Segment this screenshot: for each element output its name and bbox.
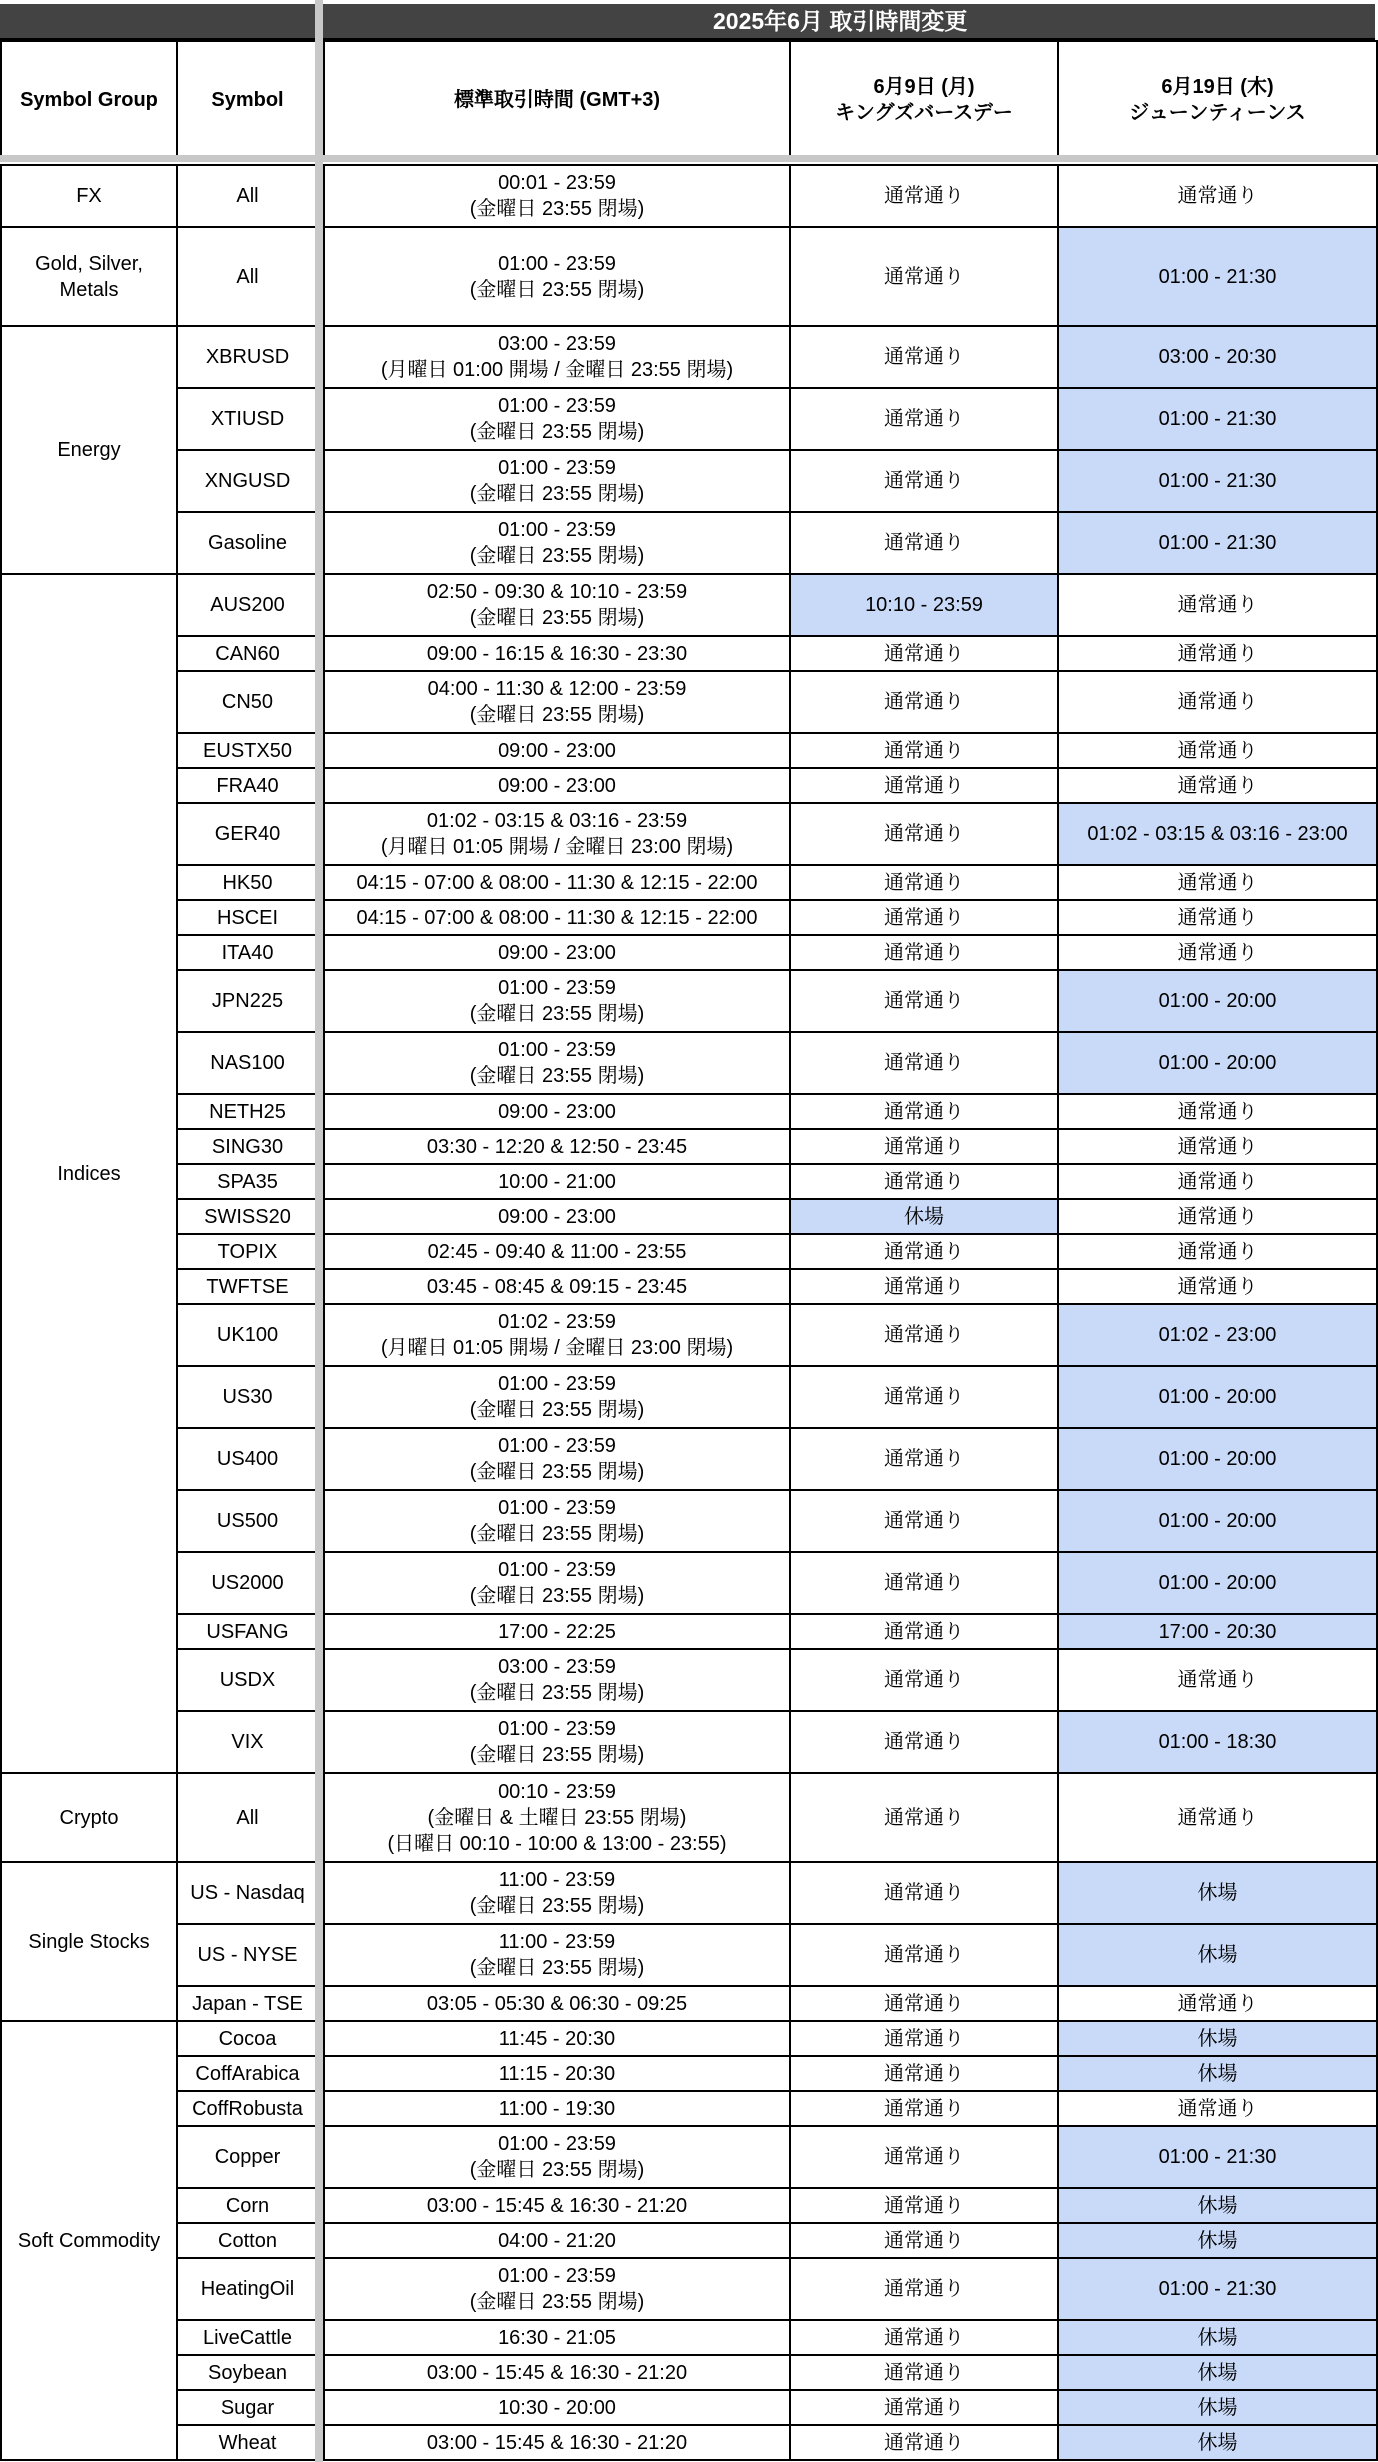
standard-hours-cell: 00:10 - 23:59(金曜日 & 土曜日 23:55 閉場)(日曜日 00… (324, 1773, 790, 1862)
jun9-hours-cell: 通常通り (790, 1234, 1058, 1269)
jun9-hours-cell: 通常通り (790, 227, 1058, 326)
jun19-hours-cell: 休場 (1058, 2021, 1377, 2056)
jun9-hours-cell: 通常通り (790, 1862, 1058, 1924)
jun9-hours-cell: 通常通り (790, 1711, 1058, 1773)
symbol-cell: Soybean (177, 2355, 318, 2390)
table-row: 03:00 - 23:59(金曜日 23:55 閉場)通常通り通常通り (324, 1649, 1377, 1711)
standard-hours-cell: 01:00 - 23:59(金曜日 23:55 閉場) (324, 227, 790, 326)
standard-hours-cell: 03:00 - 15:45 & 16:30 - 21:20 (324, 2188, 790, 2223)
standard-hours-cell: 03:00 - 23:59(金曜日 23:55 閉場) (324, 1649, 790, 1711)
jun9-hours-cell: 10:10 - 23:59 (790, 574, 1058, 636)
table-row: 10:00 - 21:00通常通り通常通り (324, 1164, 1377, 1199)
jun19-hours-cell: 17:00 - 20:30 (1058, 1614, 1377, 1649)
table-row: 01:00 - 23:59(金曜日 23:55 閉場)通常通り01:00 - 2… (324, 2126, 1377, 2188)
table-row: EnergyXBRUSD (1, 326, 318, 388)
jun19-hours-cell: 休場 (1058, 2223, 1377, 2258)
table-row: 01:00 - 23:59(金曜日 23:55 閉場)通常通り01:00 - 2… (324, 450, 1377, 512)
table-row: 01:00 - 23:59(金曜日 23:55 閉場)通常通り01:00 - 2… (324, 1552, 1377, 1614)
jun19-hours-cell: 休場 (1058, 2390, 1377, 2425)
jun19-hours-cell: 通常通り (1058, 1199, 1377, 1234)
table-row: 17:00 - 22:25通常通り17:00 - 20:30 (324, 1614, 1377, 1649)
jun9-hours-cell: 通常通り (790, 803, 1058, 865)
jun9-hours-cell: 通常通り (790, 2126, 1058, 2188)
jun19-hours-cell: 01:00 - 18:30 (1058, 1711, 1377, 1773)
symbol-cell: Japan - TSE (177, 1986, 318, 2021)
table-row: 01:00 - 23:59(金曜日 23:55 閉場)通常通り01:00 - 2… (324, 388, 1377, 450)
jun9-hours-cell: 通常通り (790, 2056, 1058, 2091)
trading-hours-sheet: 2025年6月 取引時間変更 Symbol Group Symbol FXAll… (0, 0, 1378, 2462)
jun19-hours-cell: 通常通り (1058, 900, 1377, 935)
jun9-hours-cell: 通常通り (790, 671, 1058, 733)
symbol-cell: VIX (177, 1711, 318, 1773)
table-row: 11:00 - 19:30通常通り通常通り (324, 2091, 1377, 2126)
table-row: 03:05 - 05:30 & 06:30 - 09:25通常通り通常通り (324, 1986, 1377, 2021)
jun19-hours-cell: 通常通り (1058, 671, 1377, 733)
jun19-hours-cell: 01:02 - 23:00 (1058, 1304, 1377, 1366)
jun19-hours-cell: 03:00 - 20:30 (1058, 326, 1377, 388)
jun19-hours-cell: 01:00 - 20:00 (1058, 1032, 1377, 1094)
standard-hours-cell: 09:00 - 23:00 (324, 935, 790, 970)
symbol-cell: Cotton (177, 2223, 318, 2258)
table-row: 09:00 - 23:00休場通常通り (324, 1199, 1377, 1234)
symbol-cell: US30 (177, 1366, 318, 1428)
symbol-cell: US400 (177, 1428, 318, 1490)
table-row: 00:10 - 23:59(金曜日 & 土曜日 23:55 閉場)(日曜日 00… (324, 1773, 1377, 1862)
jun9-hours-cell: 通常通り (790, 1490, 1058, 1552)
standard-hours-cell: 02:45 - 09:40 & 11:00 - 23:55 (324, 1234, 790, 1269)
standard-hours-cell: 01:00 - 23:59(金曜日 23:55 閉場) (324, 1366, 790, 1428)
standard-hours-cell: 11:00 - 23:59(金曜日 23:55 閉場) (324, 1924, 790, 1986)
symbol-group-cell: FX (1, 165, 177, 227)
jun9-hours-cell: 通常通り (790, 1366, 1058, 1428)
table-row: 01:00 - 23:59(金曜日 23:55 閉場)通常通り01:00 - 2… (324, 1366, 1377, 1428)
standard-hours-cell: 01:02 - 03:15 & 03:16 - 23:59(月曜日 01:05 … (324, 803, 790, 865)
jun19-hours-cell: 通常通り (1058, 1773, 1377, 1862)
symbol-cell: SING30 (177, 1129, 318, 1164)
table-row: 09:00 - 16:15 & 16:30 - 23:30通常通り通常通り (324, 636, 1377, 671)
table-row: 01:00 - 23:59(金曜日 23:55 閉場)通常通り01:00 - 2… (324, 1490, 1377, 1552)
jun9-hours-cell: 通常通り (790, 1773, 1058, 1862)
jun9-hours-cell: 通常通り (790, 2425, 1058, 2460)
table-row: 01:00 - 23:59(金曜日 23:55 閉場)通常通り01:00 - 2… (324, 2258, 1377, 2320)
table-row: 09:00 - 23:00通常通り通常通り (324, 768, 1377, 803)
symbol-group-cell: Indices (1, 574, 177, 1773)
standard-hours-cell: 17:00 - 22:25 (324, 1614, 790, 1649)
standard-hours-cell: 01:00 - 23:59(金曜日 23:55 閉場) (324, 1032, 790, 1094)
jun9-hours-cell: 通常通り (790, 1924, 1058, 1986)
jun19-hours-cell: 通常通り (1058, 1269, 1377, 1304)
symbol-cell: CAN60 (177, 636, 318, 671)
symbol-cell: All (177, 227, 318, 326)
table-row: 11:00 - 23:59(金曜日 23:55 閉場)通常通り休場 (324, 1862, 1377, 1924)
table-row: 11:00 - 23:59(金曜日 23:55 閉場)通常通り休場 (324, 1924, 1377, 1986)
header-row-left: Symbol Group Symbol (1, 41, 318, 158)
jun19-hours-cell: 01:00 - 20:00 (1058, 1552, 1377, 1614)
symbol-cell: USDX (177, 1649, 318, 1711)
jun9-hours-cell: 通常通り (790, 2091, 1058, 2126)
header-jun9: 6月9日 (月) キングズバースデー (790, 41, 1058, 158)
frozen-column-divider[interactable] (315, 0, 323, 2462)
standard-hours-cell: 01:00 - 23:59(金曜日 23:55 閉場) (324, 2126, 790, 2188)
symbol-cell: LiveCattle (177, 2320, 318, 2355)
jun19-hours-cell: 通常通り (1058, 636, 1377, 671)
symbol-cell: AUS200 (177, 574, 318, 636)
table-row: 03:00 - 23:59(月曜日 01:00 開場 / 金曜日 23:55 閉… (324, 326, 1377, 388)
header-symbol: Symbol (177, 41, 318, 158)
symbol-cell: EUSTX50 (177, 733, 318, 768)
symbol-cell: US2000 (177, 1552, 318, 1614)
jun19-hours-cell: 01:00 - 20:00 (1058, 1490, 1377, 1552)
standard-hours-cell: 11:00 - 23:59(金曜日 23:55 閉場) (324, 1862, 790, 1924)
jun9-hours-cell: 通常通り (790, 733, 1058, 768)
standard-hours-cell: 09:00 - 23:00 (324, 733, 790, 768)
symbol-cell: XBRUSD (177, 326, 318, 388)
jun19-hours-cell: 休場 (1058, 1924, 1377, 1986)
jun19-hours-cell: 通常通り (1058, 865, 1377, 900)
standard-hours-cell: 03:30 - 12:20 & 12:50 - 23:45 (324, 1129, 790, 1164)
standard-hours-cell: 11:45 - 20:30 (324, 2021, 790, 2056)
jun19-hours-cell: 01:00 - 20:00 (1058, 970, 1377, 1032)
symbol-cell: USFANG (177, 1614, 318, 1649)
jun9-hours-cell: 通常通り (790, 1164, 1058, 1199)
symbol-cell: Cocoa (177, 2021, 318, 2056)
standard-hours-cell: 10:30 - 20:00 (324, 2390, 790, 2425)
jun19-hours-cell: 01:00 - 21:30 (1058, 512, 1377, 574)
jun19-hours-cell: 通常通り (1058, 2091, 1377, 2126)
jun19-hours-cell: 通常通り (1058, 1164, 1377, 1199)
jun9-hours-cell: 通常通り (790, 1269, 1058, 1304)
title-bar-left (0, 4, 315, 40)
jun9-hours-cell: 通常通り (790, 1649, 1058, 1711)
standard-hours-cell: 01:00 - 23:59(金曜日 23:55 閉場) (324, 1552, 790, 1614)
header-standard-hours: 標準取引時間 (GMT+3) (324, 41, 790, 158)
jun9-hours-cell: 通常通り (790, 2021, 1058, 2056)
jun9-hours-cell: 通常通り (790, 450, 1058, 512)
jun9-hours-cell: 通常通り (790, 935, 1058, 970)
standard-hours-cell: 04:15 - 07:00 & 08:00 - 11:30 & 12:15 - … (324, 900, 790, 935)
standard-hours-cell: 01:00 - 23:59(金曜日 23:55 閉場) (324, 970, 790, 1032)
jun19-hours-cell: 休場 (1058, 2320, 1377, 2355)
table-row: 09:00 - 23:00通常通り通常通り (324, 733, 1377, 768)
standard-hours-cell: 11:15 - 20:30 (324, 2056, 790, 2091)
frozen-row-divider[interactable] (0, 155, 1378, 162)
header-symbol-group: Symbol Group (1, 41, 177, 158)
jun19-hours-cell: 通常通り (1058, 1986, 1377, 2021)
jun19-hours-cell: 通常通り (1058, 733, 1377, 768)
standard-hours-cell: 01:00 - 23:59(金曜日 23:55 閉場) (324, 388, 790, 450)
jun9-hours-cell: 通常通り (790, 326, 1058, 388)
symbol-cell: HSCEI (177, 900, 318, 935)
jun9-hours-cell: 通常通り (790, 1129, 1058, 1164)
table-row: 03:00 - 15:45 & 16:30 - 21:20通常通り休場 (324, 2355, 1377, 2390)
table-row: 09:00 - 23:00通常通り通常通り (324, 1094, 1377, 1129)
standard-hours-cell: 03:45 - 08:45 & 09:15 - 23:45 (324, 1269, 790, 1304)
jun9-hours-cell: 通常通り (790, 388, 1058, 450)
table-row: 03:45 - 08:45 & 09:15 - 23:45通常通り通常通り (324, 1269, 1377, 1304)
table-row: 11:15 - 20:30通常通り休場 (324, 2056, 1377, 2091)
table-row: 02:50 - 09:30 & 10:10 - 23:59(金曜日 23:55 … (324, 574, 1377, 636)
symbol-cell: NAS100 (177, 1032, 318, 1094)
table-row: 01:00 - 23:59(金曜日 23:55 閉場)通常通り01:00 - 2… (324, 512, 1377, 574)
symbol-cell: CN50 (177, 671, 318, 733)
jun19-hours-cell: 休場 (1058, 2188, 1377, 2223)
symbol-cell: XTIUSD (177, 388, 318, 450)
jun19-hours-cell: 01:00 - 21:30 (1058, 2126, 1377, 2188)
table-row: Gold, Silver,MetalsAll (1, 227, 318, 326)
standard-hours-cell: 01:00 - 23:59(金曜日 23:55 閉場) (324, 1428, 790, 1490)
jun9-hours-cell: 休場 (790, 1199, 1058, 1234)
table-row: 01:00 - 23:59(金曜日 23:55 閉場)通常通り01:00 - 2… (324, 1428, 1377, 1490)
symbol-cell: Corn (177, 2188, 318, 2223)
symbol-cell: HeatingOil (177, 2258, 318, 2320)
table-row: 04:00 - 21:20通常通り休場 (324, 2223, 1377, 2258)
standard-hours-cell: 10:00 - 21:00 (324, 1164, 790, 1199)
table-row: CryptoAll (1, 1773, 318, 1862)
jun9-hours-cell: 通常通り (790, 1986, 1058, 2021)
table-row: 02:45 - 09:40 & 11:00 - 23:55通常通り通常通り (324, 1234, 1377, 1269)
standard-hours-cell: 16:30 - 21:05 (324, 2320, 790, 2355)
jun9-hours-cell: 通常通り (790, 2320, 1058, 2355)
table-row: 00:01 - 23:59(金曜日 23:55 閉場)通常通り通常通り (324, 165, 1377, 227)
jun19-hours-cell: 01:00 - 21:30 (1058, 388, 1377, 450)
symbol-cell: ITA40 (177, 935, 318, 970)
symbol-cell: GER40 (177, 803, 318, 865)
standard-hours-cell: 01:00 - 23:59(金曜日 23:55 閉場) (324, 1711, 790, 1773)
standard-hours-cell: 04:00 - 11:30 & 12:00 - 23:59(金曜日 23:55 … (324, 671, 790, 733)
symbol-cell: Wheat (177, 2425, 318, 2460)
table-row: 10:30 - 20:00通常通り休場 (324, 2390, 1377, 2425)
jun19-hours-cell: 休場 (1058, 2355, 1377, 2390)
table-row: Single StocksUS - Nasdaq (1, 1862, 318, 1924)
symbol-cell: HK50 (177, 865, 318, 900)
jun9-hours-cell: 通常通り (790, 970, 1058, 1032)
table-row: 01:00 - 23:59(金曜日 23:55 閉場)通常通り01:00 - 2… (324, 227, 1377, 326)
symbol-group-cell: Soft Commodity (1, 2021, 177, 2460)
symbol-cell: FRA40 (177, 768, 318, 803)
table-row: 03:00 - 15:45 & 16:30 - 21:20通常通り休場 (324, 2188, 1377, 2223)
table-row: 03:00 - 15:45 & 16:30 - 21:20通常通り休場 (324, 2425, 1377, 2460)
standard-hours-cell: 09:00 - 16:15 & 16:30 - 23:30 (324, 636, 790, 671)
symbol-cell: JPN225 (177, 970, 318, 1032)
symbol-group-cell: Energy (1, 326, 177, 574)
jun9-hours-cell: 通常通り (790, 2258, 1058, 2320)
symbol-group-cell: Crypto (1, 1773, 177, 1862)
jun19-hours-cell: 休場 (1058, 2056, 1377, 2091)
symbol-cell: US500 (177, 1490, 318, 1552)
standard-hours-cell: 01:00 - 23:59(金曜日 23:55 閉場) (324, 2258, 790, 2320)
table-row: 01:00 - 23:59(金曜日 23:55 閉場)通常通り01:00 - 2… (324, 970, 1377, 1032)
symbol-cell: Gasoline (177, 512, 318, 574)
jun9-hours-cell: 通常通り (790, 1552, 1058, 1614)
standard-hours-cell: 02:50 - 09:30 & 10:10 - 23:59(金曜日 23:55 … (324, 574, 790, 636)
symbol-cell: UK100 (177, 1304, 318, 1366)
standard-hours-cell: 03:00 - 15:45 & 16:30 - 21:20 (324, 2355, 790, 2390)
jun19-hours-cell: 通常通り (1058, 165, 1377, 227)
jun19-hours-cell: 通常通り (1058, 574, 1377, 636)
jun9-hours-cell: 通常通り (790, 1094, 1058, 1129)
jun9-hours-cell: 通常通り (790, 1032, 1058, 1094)
jun19-hours-cell: 通常通り (1058, 935, 1377, 970)
table-row: 04:15 - 07:00 & 08:00 - 11:30 & 12:15 - … (324, 900, 1377, 935)
table-row: 04:00 - 11:30 & 12:00 - 23:59(金曜日 23:55 … (324, 671, 1377, 733)
symbol-cell: All (177, 1773, 318, 1862)
jun19-hours-cell: 通常通り (1058, 1094, 1377, 1129)
jun9-hours-cell: 通常通り (790, 1614, 1058, 1649)
symbol-cell: CoffRobusta (177, 2091, 318, 2126)
jun9-hours-cell: 通常通り (790, 2355, 1058, 2390)
table-row: IndicesAUS200 (1, 574, 318, 636)
jun9-hours-cell: 通常通り (790, 2223, 1058, 2258)
jun19-hours-cell: 01:00 - 20:00 (1058, 1366, 1377, 1428)
jun9-hours-cell: 通常通り (790, 865, 1058, 900)
standard-hours-cell: 01:00 - 23:59(金曜日 23:55 閉場) (324, 1490, 790, 1552)
symbol-cell: SWISS20 (177, 1199, 318, 1234)
jun9-hours-cell: 通常通り (790, 2390, 1058, 2425)
header-jun19: 6月19日 (木) ジューンティーンス (1058, 41, 1377, 158)
table-row: FXAll (1, 165, 318, 227)
table-row: 01:02 - 03:15 & 03:16 - 23:59(月曜日 01:05 … (324, 803, 1377, 865)
symbol-cell: NETH25 (177, 1094, 318, 1129)
jun9-hours-cell: 通常通り (790, 1428, 1058, 1490)
symbol-cell: TOPIX (177, 1234, 318, 1269)
symbol-group-cell: Single Stocks (1, 1862, 177, 2021)
table-row: 09:00 - 23:00通常通り通常通り (324, 935, 1377, 970)
standard-hours-cell: 00:01 - 23:59(金曜日 23:55 閉場) (324, 165, 790, 227)
jun9-hours-cell: 通常通り (790, 636, 1058, 671)
symbol-cell: US - NYSE (177, 1924, 318, 1986)
table-row: 03:30 - 12:20 & 12:50 - 23:45通常通り通常通り (324, 1129, 1377, 1164)
jun19-hours-cell: 通常通り (1058, 1649, 1377, 1711)
jun19-hours-cell: 休場 (1058, 1862, 1377, 1924)
table-row: Soft CommodityCocoa (1, 2021, 318, 2056)
sheet-title: 2025年6月 取引時間変更 (713, 4, 967, 38)
jun19-hours-cell: 01:02 - 03:15 & 03:16 - 23:00 (1058, 803, 1377, 865)
standard-hours-cell: 09:00 - 23:00 (324, 1199, 790, 1234)
standard-hours-cell: 01:00 - 23:59(金曜日 23:55 閉場) (324, 450, 790, 512)
standard-hours-cell: 09:00 - 23:00 (324, 1094, 790, 1129)
jun9-hours-cell: 通常通り (790, 768, 1058, 803)
table-row: 04:15 - 07:00 & 08:00 - 11:30 & 12:15 - … (324, 865, 1377, 900)
symbol-cell: All (177, 165, 318, 227)
jun19-hours-cell: 通常通り (1058, 768, 1377, 803)
standard-hours-cell: 03:00 - 23:59(月曜日 01:00 開場 / 金曜日 23:55 閉… (324, 326, 790, 388)
symbol-group-cell: Gold, Silver,Metals (1, 227, 177, 326)
table-row: 11:45 - 20:30通常通り休場 (324, 2021, 1377, 2056)
title-bar: 2025年6月 取引時間変更 (323, 4, 1375, 40)
table-row: 16:30 - 21:05通常通り休場 (324, 2320, 1377, 2355)
jun19-hours-cell: 01:00 - 21:30 (1058, 227, 1377, 326)
symbol-cell: SPA35 (177, 1164, 318, 1199)
symbol-columns-table: Symbol Group Symbol FXAllGold, Silver,Me… (0, 40, 319, 2461)
jun19-hours-cell: 休場 (1058, 2425, 1377, 2460)
standard-hours-cell: 03:05 - 05:30 & 06:30 - 09:25 (324, 1986, 790, 2021)
symbol-cell: Copper (177, 2126, 318, 2188)
standard-hours-cell: 04:15 - 07:00 & 08:00 - 11:30 & 12:15 - … (324, 865, 790, 900)
table-row: 01:00 - 23:59(金曜日 23:55 閉場)通常通り01:00 - 2… (324, 1032, 1377, 1094)
symbol-cell: TWFTSE (177, 1269, 318, 1304)
jun9-hours-cell: 通常通り (790, 1304, 1058, 1366)
jun19-hours-cell: 01:00 - 21:30 (1058, 450, 1377, 512)
symbol-cell: US - Nasdaq (177, 1862, 318, 1924)
table-row: 01:00 - 23:59(金曜日 23:55 閉場)通常通り01:00 - 1… (324, 1711, 1377, 1773)
jun9-hours-cell: 通常通り (790, 900, 1058, 935)
symbol-cell: XNGUSD (177, 450, 318, 512)
jun19-hours-cell: 通常通り (1058, 1129, 1377, 1164)
jun19-hours-cell: 01:00 - 20:00 (1058, 1428, 1377, 1490)
jun9-hours-cell: 通常通り (790, 512, 1058, 574)
symbol-cell: Sugar (177, 2390, 318, 2425)
hours-columns-table: 標準取引時間 (GMT+3) 6月9日 (月) キングズバースデー 6月19日 … (323, 40, 1378, 2461)
standard-hours-cell: 03:00 - 15:45 & 16:30 - 21:20 (324, 2425, 790, 2460)
jun19-hours-cell: 通常通り (1058, 1234, 1377, 1269)
symbol-cell: CoffArabica (177, 2056, 318, 2091)
header-row-right: 標準取引時間 (GMT+3) 6月9日 (月) キングズバースデー 6月19日 … (324, 41, 1377, 158)
table-row: 01:02 - 23:59(月曜日 01:05 開場 / 金曜日 23:00 閉… (324, 1304, 1377, 1366)
jun19-hours-cell: 01:00 - 21:30 (1058, 2258, 1377, 2320)
jun9-hours-cell: 通常通り (790, 165, 1058, 227)
standard-hours-cell: 04:00 - 21:20 (324, 2223, 790, 2258)
standard-hours-cell: 11:00 - 19:30 (324, 2091, 790, 2126)
jun9-hours-cell: 通常通り (790, 2188, 1058, 2223)
standard-hours-cell: 01:00 - 23:59(金曜日 23:55 閉場) (324, 512, 790, 574)
standard-hours-cell: 09:00 - 23:00 (324, 768, 790, 803)
standard-hours-cell: 01:02 - 23:59(月曜日 01:05 開場 / 金曜日 23:00 閉… (324, 1304, 790, 1366)
